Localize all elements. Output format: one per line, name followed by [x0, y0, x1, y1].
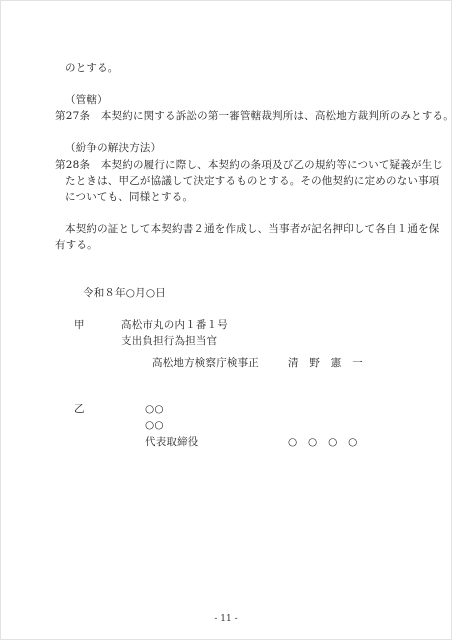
page-number: - 11 - — [1, 611, 451, 627]
party-b-representative-name: ○ ○ ○ ○ — [288, 434, 358, 450]
party-a-address: 高松市丸の内１番１号 — [121, 317, 228, 333]
article28-heading: （紛争の解決方法） — [65, 140, 161, 156]
closing-clause-line2: 有する。 — [55, 237, 98, 253]
party-b-label: 乙 — [74, 401, 85, 417]
party-a-label: 甲 — [74, 317, 85, 333]
closing-clause-line1: 本契約の証として本契約書２通を作成し、当事者が記名押印して各自１通を保 — [65, 221, 440, 237]
article28-text-line1: 第28条 本契約の履行に際し、本契約の条項及び乙の規約等について疑義が生じ — [55, 157, 443, 173]
party-a-office: 高松地方検察庁検事正 — [152, 355, 259, 371]
previous-clause-tail: のとする。 — [65, 60, 119, 76]
party-b-name-line2: ○○ — [145, 417, 164, 433]
contract-document-page: のとする。 （管轄） 第27条 本契約に関する訴訟の第一審管轄裁判所は、高松地方… — [0, 0, 452, 640]
article28-text-line2: たときは、甲乙が協議して決定するものとする。その他契約に定めのない事項 — [65, 173, 440, 189]
party-b-name-line1: ○○ — [145, 401, 164, 417]
article28-text-line3: についても、同様とする。 — [65, 189, 193, 205]
article27-heading: （管轄） — [65, 92, 108, 108]
contract-date: 令和８年○月○日 — [83, 285, 166, 301]
article27-text: 第27条 本契約に関する訴訟の第一審管轄裁判所は、高松地方裁判所のみとする。 — [55, 108, 452, 124]
party-a-representative-name: 清 野 憲 一 — [288, 355, 363, 371]
party-b-title: 代表取締役 — [145, 434, 199, 450]
party-a-title: 支出負担行為担当官 — [121, 333, 217, 349]
